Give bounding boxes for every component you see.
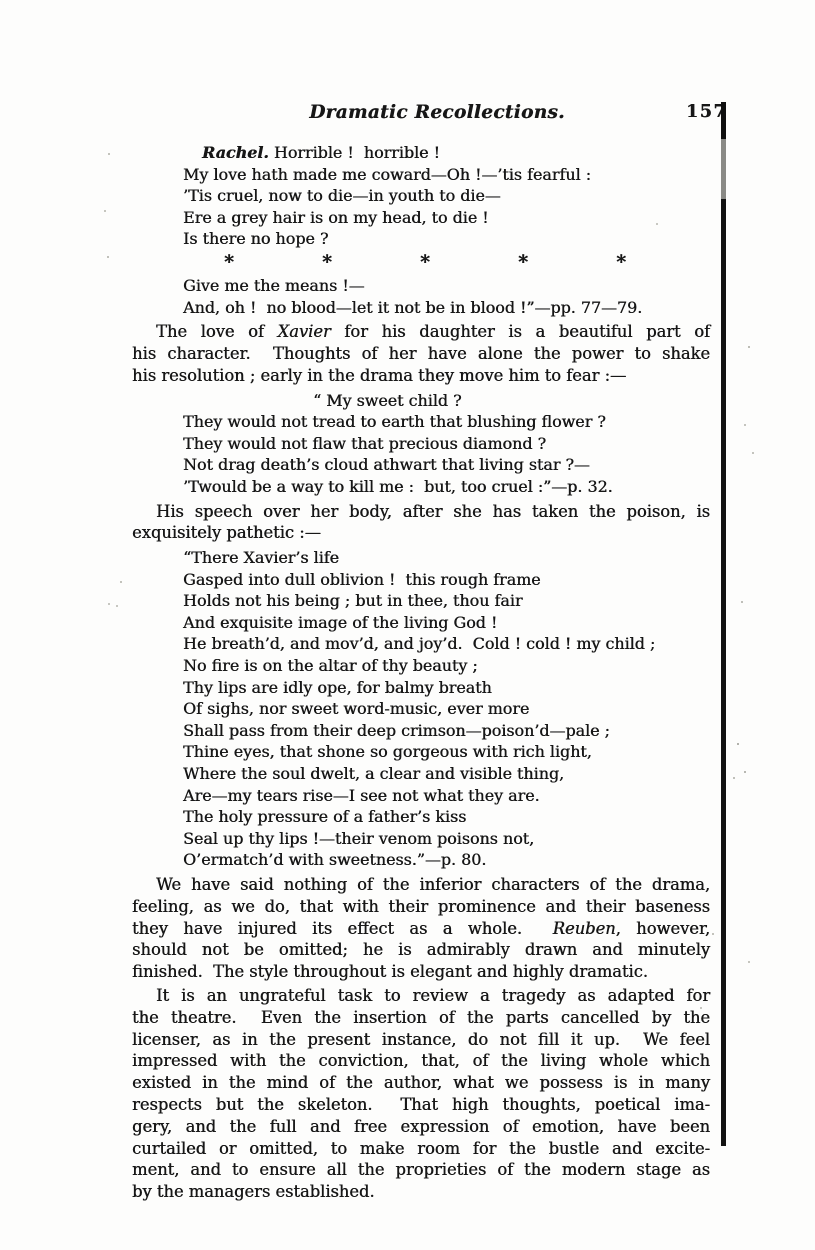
paragraph-line: should not be omitted; he is admirably d… xyxy=(132,939,710,961)
verse-line: Rachel. Horrible ! horrible ! xyxy=(132,142,710,164)
verse-line: Shall pass from their deep crimson—poiso… xyxy=(132,720,710,742)
paragraph: The love of Xavier for his daughter is a… xyxy=(132,321,710,386)
asterisk-glyph: * xyxy=(616,253,626,272)
verse-line: Not drag death’s cloud athwart that livi… xyxy=(132,454,710,476)
verse-line: Are—my tears rise—I see not what they ar… xyxy=(132,785,710,807)
verse-line: Give me the means !— xyxy=(132,275,710,297)
paragraph-line: they have injured its effect as a whole.… xyxy=(132,918,710,940)
paragraph: It is an ungrateful task to review a tra… xyxy=(132,985,710,1203)
verse-line: The holy pressure of a father’s kiss xyxy=(132,806,710,828)
running-header: Dramatic Recollections. 157 xyxy=(0,102,815,126)
paragraph-line: We have said nothing of the inferior cha… xyxy=(132,874,710,896)
verse-line: “There Xavier’s life xyxy=(132,547,710,569)
binding-edge-rule xyxy=(721,102,726,1146)
paragraph: His speech over her body, after she has … xyxy=(132,501,710,545)
verse-line: Thine eyes, that shone so gorgeous with … xyxy=(132,741,710,763)
italic-text: Reuben xyxy=(553,919,616,938)
verse-line: No fire is on the altar of thy beauty ; xyxy=(132,655,710,677)
verse-block: Rachel. Horrible ! horrible !My love hat… xyxy=(132,142,710,250)
paragraph-line: ment, and to ensure all the proprieties … xyxy=(132,1159,710,1181)
asterisk-glyph: * xyxy=(322,253,332,272)
paragraph-line: exquisitely pathetic :— xyxy=(132,522,710,544)
verse-line: Is there no hope ? xyxy=(132,228,710,250)
paragraph-line: feeling, as we do, that with their promi… xyxy=(132,896,710,918)
verse-block: Give me the means !—And, oh ! no blood—l… xyxy=(132,275,710,318)
paragraph-line: his resolution ; early in the drama they… xyxy=(132,365,710,387)
verse-line: ’Tis cruel, now to die—in youth to die— xyxy=(132,185,710,207)
paragraph-line: licenser, as in the present instance, do… xyxy=(132,1029,710,1051)
verse-line: Thy lips are idly ope, for balmy breath xyxy=(132,677,710,699)
paragraph: We have said nothing of the inferior cha… xyxy=(132,874,710,983)
paragraph-line: The love of Xavier for his daughter is a… xyxy=(132,321,710,343)
paragraph-line: curtailed or omitted, to make room for t… xyxy=(132,1138,710,1160)
verse-line: Gasped into dull oblivion ! this rough f… xyxy=(132,569,710,591)
page-header-title: Dramatic Recollections. xyxy=(309,102,565,123)
book-page-scan: Dramatic Recollections. 157 Rachel. Horr… xyxy=(0,0,815,1250)
asterisk-row: ***** xyxy=(224,253,626,272)
paragraph-line: impressed with the conviction, that, of … xyxy=(132,1050,710,1072)
verse-line: “ My sweet child ? xyxy=(132,390,710,412)
verse-line: ’Twould be a way to kill me : but, too c… xyxy=(132,476,710,498)
asterisk-glyph: * xyxy=(518,253,528,272)
page-content: Rachel. Horrible ! horrible !My love hat… xyxy=(132,139,710,1205)
paragraph-line: His speech over her body, after she has … xyxy=(132,501,710,523)
verse-line: Where the soul dwelt, a clear and visibl… xyxy=(132,763,710,785)
verse-line: Seal up thy lips !—their venom poisons n… xyxy=(132,828,710,850)
italic-text: Rachel. xyxy=(202,143,269,162)
verse-line: They would not flaw that precious diamon… xyxy=(132,433,710,455)
paragraph-line: gery, and the full and free expression o… xyxy=(132,1116,710,1138)
verse-line: They would not tread to earth that blush… xyxy=(132,411,710,433)
verse-line: He breath’d, and mov’d, and joy’d. Cold … xyxy=(132,633,710,655)
paragraph-line: by the managers established. xyxy=(132,1181,710,1203)
verse-line: My love hath made me coward—Oh !—’tis fe… xyxy=(132,164,710,186)
italic-text: Xavier xyxy=(278,322,331,341)
paragraph-line: the theatre. Even the insertion of the p… xyxy=(132,1007,710,1029)
verse-line: And, oh ! no blood—let it not be in bloo… xyxy=(132,297,710,319)
paragraph-line: finished. The style throughout is elegan… xyxy=(132,961,710,983)
paragraph-line: respects but the skeleton. That high tho… xyxy=(132,1094,710,1116)
verse-line: Holds not his being ; but in thee, thou … xyxy=(132,590,710,612)
paragraph-line: existed in the mind of the author, what … xyxy=(132,1072,710,1094)
verse-block: “ My sweet child ?They would not tread t… xyxy=(132,390,710,498)
scan-speckles xyxy=(0,0,2,2)
verse-block: “There Xavier’s lifeGasped into dull obl… xyxy=(132,547,710,871)
asterisk-glyph: * xyxy=(420,253,430,272)
verse-line: And exquisite image of the living God ! xyxy=(132,612,710,634)
verse-line: O’ermatch’d with sweetness.”—p. 80. xyxy=(132,849,710,871)
verse-line: Of sighs, nor sweet word-music, ever mor… xyxy=(132,698,710,720)
asterisk-glyph: * xyxy=(224,253,234,272)
paragraph-line: It is an ungrateful task to review a tra… xyxy=(132,985,710,1007)
verse-line: Ere a grey hair is on my head, to die ! xyxy=(132,207,710,229)
paragraph-line: his character. Thoughts of her have alon… xyxy=(132,343,710,365)
